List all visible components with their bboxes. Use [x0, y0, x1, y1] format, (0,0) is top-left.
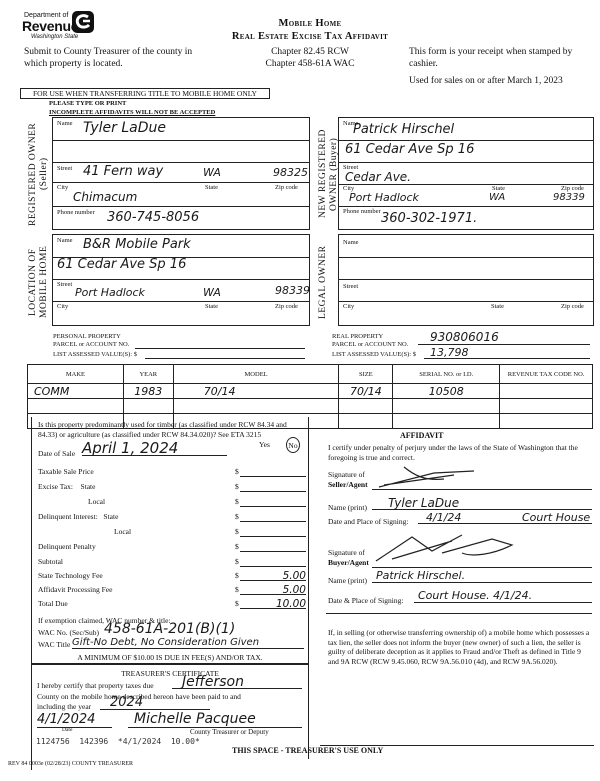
dor-logo-icon: [70, 10, 96, 34]
date-of-sale-label: Date of Sale: [38, 449, 75, 458]
processing-fee-field[interactable]: 5.00: [240, 585, 306, 595]
serial-cell[interactable]: 10508: [393, 384, 500, 399]
buyer-phone-label: Phone number: [343, 208, 381, 215]
treasurer-cert-line1: I hereby certify that property taxes due: [37, 681, 154, 690]
receipt-note: This form is your receipt when stamped b…: [409, 46, 594, 70]
seller-phone-field[interactable]: 360-745-8056: [107, 210, 199, 225]
buyer-box: Name Patrick Hirschel 61 Cedar Ave Sp 16…: [338, 117, 594, 230]
timber-question: Is this property predominantly used for …: [38, 420, 303, 439]
buyer-zip-label: Zip code: [561, 185, 584, 192]
personal-assessed-label: LIST ASSESSED VALUE(S): $: [53, 351, 137, 359]
legal-owner-box: Name Street City State Zip code: [338, 234, 594, 326]
buyer-signature-field[interactable]: [372, 553, 592, 568]
seller-date-place-field[interactable]: 4/1/24 Court House: [418, 511, 592, 524]
seller-state-field[interactable]: WA: [203, 166, 221, 179]
seller-name-label: Name: [57, 120, 73, 127]
model-cell[interactable]: 70/14: [173, 384, 339, 399]
col-size: SIZE: [339, 365, 393, 384]
year-cell[interactable]: [123, 399, 173, 414]
treasurer-sig-label: County Treasurer or Deputy: [190, 728, 269, 736]
location-street-field[interactable]: Port Hadlock: [75, 286, 145, 299]
col-year: YEAR: [123, 365, 173, 384]
tax-code-cell[interactable]: [500, 384, 593, 399]
location-city-label: City: [57, 303, 68, 310]
legal-zip-label: Zip code: [561, 303, 584, 310]
location-name-line2-field[interactable]: 61 Cedar Ave Sp 16: [57, 257, 186, 272]
treasurer-date-label: Date: [62, 727, 72, 733]
delinquent-penalty-field[interactable]: [240, 542, 306, 552]
real-assessed-field[interactable]: 13,798: [424, 347, 590, 359]
county-field[interactable]: Jefferson: [172, 676, 302, 689]
instructions: PLEASE TYPE OR PRINT INCOMPLETE AFFIDAVI…: [49, 99, 215, 117]
treasurer-cert-line3: including the year: [37, 702, 91, 711]
seller-name-field[interactable]: Tyler LaDue: [83, 120, 166, 136]
affidavit-title: AFFIDAVIT: [400, 431, 443, 440]
fee-row-taxable-price: Taxable Sale Price$: [38, 467, 308, 479]
fee-row-total-due: Total Due$ 10.00: [38, 599, 308, 611]
fee-row-excise-state: Excise Tax: State$: [38, 482, 308, 494]
make-cell[interactable]: COMM: [28, 384, 124, 399]
buyer-name-field[interactable]: Patrick Hirschel: [353, 122, 454, 137]
legal-city-label: City: [343, 303, 354, 310]
used-for-note: Used for sales on or after March 1, 2023: [409, 76, 563, 86]
seller-signature-field[interactable]: [372, 475, 592, 490]
buyer-street-field[interactable]: Cedar Ave.: [345, 170, 411, 184]
location-section-label: LOCATION OF MOBILE HOME: [28, 236, 54, 328]
logo-state-text: Washington State: [31, 34, 78, 40]
buyer-signature-label: Signature of Buyer/Agent: [328, 548, 369, 567]
chapter-references: Chapter 82.45 RCW Chapter 458-61A WAC: [230, 46, 390, 70]
make-cell[interactable]: [28, 399, 124, 414]
seller-phone-label: Phone number: [57, 209, 95, 216]
real-parcel-field[interactable]: 930806016: [418, 330, 590, 345]
seller-city-field[interactable]: Chimacum: [73, 190, 137, 204]
buyer-phone-field[interactable]: 360-302-1971.: [381, 211, 477, 226]
seller-state-label: State: [205, 184, 218, 191]
seller-signature-scribble-icon: [374, 465, 484, 491]
personal-property-label: PERSONAL PROPERTY PARCEL or ACCOUNT NO.: [53, 333, 129, 349]
size-cell[interactable]: [339, 414, 393, 429]
location-zip-field[interactable]: 98339: [275, 284, 310, 297]
treasurer-use-only-label: THIS SPACE - TREASURER'S USE ONLY: [232, 746, 383, 755]
taxable-sale-price-field[interactable]: [240, 467, 306, 477]
technology-fee-field[interactable]: 5.00: [240, 571, 306, 581]
buyer-date-place-label: Date & Place of Signing:: [328, 596, 403, 605]
col-model: MODEL: [173, 365, 339, 384]
tax-code-cell[interactable]: [500, 414, 593, 429]
legal-state-label: State: [491, 303, 504, 310]
buyer-name-print-field[interactable]: Patrick Hirschel.: [372, 570, 592, 583]
fee-row-excise-local: Local$: [38, 497, 308, 509]
delinquent-interest-local-field[interactable]: [240, 527, 306, 537]
location-box: Name B&R Mobile Park 61 Cedar Ave Sp 16 …: [52, 234, 310, 326]
table-row: COMM 1983 70/14 70/14 10508: [28, 384, 593, 399]
excise-state-field[interactable]: [240, 482, 306, 492]
tax-code-cell[interactable]: [500, 399, 593, 414]
fee-row-delinquent-state: Delinquent Interest: State$: [38, 512, 308, 524]
fee-row-processing-fee: Affidavit Processing Fee$ 5.00: [38, 585, 308, 597]
size-cell[interactable]: 70/14: [339, 384, 393, 399]
buyer-state-field[interactable]: WA: [489, 192, 505, 203]
location-zip-label: Zip code: [275, 303, 298, 310]
table-header-row: MAKE YEAR MODEL SIZE SERIAL NO. or I.D. …: [28, 365, 593, 384]
treasurer-date-field[interactable]: 4/1/2024: [37, 713, 112, 728]
buyer-date-place-field[interactable]: Court House. 4/1/24.: [414, 589, 592, 603]
minimum-due-note: A MINIMUM OF $10.00 IS DUE IN FEE(S) AND…: [31, 653, 309, 662]
treasurer-signature[interactable]: Michelle Pacquee: [128, 712, 302, 728]
legal-name-label: Name: [343, 239, 359, 246]
model-cell[interactable]: [173, 399, 339, 414]
fee-row-subtotal: Subtotal$: [38, 557, 308, 569]
seller-street-field[interactable]: 41 Fern way: [83, 164, 163, 179]
real-property-label: REAL PROPERTY PARCEL or ACCOUNT NO.: [332, 333, 408, 349]
form-title-line1: Mobile Home: [220, 18, 400, 29]
real-assessed-label: LIST ASSESSED VALUE(S): $: [332, 351, 416, 359]
seller-street-label: Street: [57, 165, 72, 172]
location-state-field[interactable]: WA: [203, 286, 221, 299]
fee-row-delinquent-penalty: Delinquent Penalty$: [38, 542, 308, 554]
chapter-wac: Chapter 458-61A WAC: [230, 58, 390, 70]
delinquent-interest-state-field[interactable]: [240, 512, 306, 522]
seller-zip-field[interactable]: 98325: [273, 166, 308, 179]
chapter-rcw: Chapter 82.45 RCW: [230, 46, 390, 58]
location-street-label: Street: [57, 281, 72, 288]
personal-parcel-field[interactable]: [135, 339, 305, 349]
seller-city-label: City: [57, 184, 68, 191]
total-due-field[interactable]: 10.00: [240, 599, 306, 609]
tax-year-field[interactable]: 2024: [100, 698, 210, 710]
mobile-home-only-notice: FOR USE WHEN TRANSFERRING TITLE TO MOBIL…: [20, 88, 270, 99]
please-type-note: PLEASE TYPE OR PRINT: [49, 99, 215, 108]
serial-cell[interactable]: [393, 399, 500, 414]
serial-cell[interactable]: [393, 414, 500, 429]
cashier-stamp: 1124756 142396 *4/1/2024 10.00*: [36, 737, 200, 746]
seller-signature-label: Signature of Seller/Agent: [328, 470, 368, 489]
wac-title-label: WAC Title: [38, 640, 70, 649]
seller-zip-label: Zip code: [275, 184, 298, 191]
col-serial: SERIAL NO. or I.D.: [393, 365, 500, 384]
fee-row-delinquent-local: Local$: [38, 527, 308, 539]
buyer-city-field[interactable]: Port Hadlock: [349, 191, 419, 204]
table-row: [28, 399, 593, 414]
buyer-state-label: State: [492, 185, 505, 192]
form-footer: REV 84 0003e (02/28/23) COUNTY TREASURER: [8, 761, 133, 767]
col-make: MAKE: [28, 365, 124, 384]
size-cell[interactable]: [339, 399, 393, 414]
seller-name-print-field[interactable]: Tyler LaDue: [372, 497, 592, 510]
submit-note: Submit to County Treasurer of the county…: [24, 46, 204, 70]
timber-no-option-circled[interactable]: No: [286, 437, 300, 453]
seller-date-place-label: Date and Place of Signing:: [328, 517, 408, 526]
timber-yes-option[interactable]: Yes: [259, 440, 270, 449]
seller-box: Name Tyler LaDue Street 41 Fern way WA 9…: [52, 117, 310, 230]
legal-street-label: Street: [343, 283, 358, 290]
year-cell[interactable]: 1983: [123, 384, 173, 399]
fee-row-technology-fee: State Technology Fee$ 5.00: [38, 571, 308, 583]
col-tax-code: REVENUE TAX CODE NO.: [500, 365, 593, 384]
wac-title-field[interactable]: Gift-No Debt, No Consideration Given: [72, 637, 304, 649]
excise-local-field[interactable]: [240, 497, 306, 507]
location-state-label: State: [205, 303, 218, 310]
buyer-name-line2-field[interactable]: 61 Cedar Ave Sp 16: [345, 142, 474, 157]
date-of-sale-field[interactable]: April 1, 2024: [82, 442, 227, 456]
incomplete-note: INCOMPLETE AFFIDAVITS WILL NOT BE ACCEPT…: [49, 108, 215, 117]
seller-name-print-label: Name (print): [328, 503, 367, 512]
personal-assessed-field[interactable]: [145, 350, 305, 359]
wac-no-label: WAC No. (Sec/Sub): [38, 628, 99, 637]
buyer-signature-scribble-icon: [372, 531, 522, 565]
buyer-zip-field[interactable]: 98339: [553, 192, 585, 203]
location-name-field[interactable]: B&R Mobile Park: [83, 237, 191, 252]
tax-lien-notice: If, in selling (or otherwise transferrin…: [328, 628, 593, 666]
form-title-line2: Real Estate Excise Tax Affidavit: [190, 31, 430, 42]
buyer-name-print-label: Name (print): [328, 576, 367, 585]
seller-section-label: REGISTERED OWNER (Seller): [28, 122, 54, 226]
subtotal-field[interactable]: [240, 557, 306, 567]
affidavit-text: I certify under penalty of perjury under…: [328, 443, 593, 462]
location-name-label: Name: [57, 237, 73, 244]
wac-no-field[interactable]: 458-61A-201(B)(1): [104, 621, 235, 637]
